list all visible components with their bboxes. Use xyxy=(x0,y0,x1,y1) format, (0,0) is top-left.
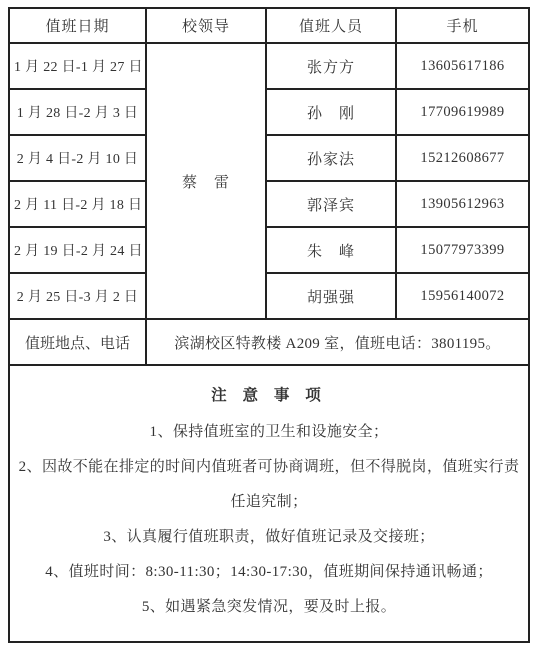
note-item: 5、如遇紧急突发情况，要及时上报。 xyxy=(14,590,524,625)
phone-cell: 13905612963 xyxy=(396,181,529,227)
note-item: 2、因故不能在排定的时间内值班者可协商调班，但不得脱岗，值班实行责任追究制； xyxy=(14,450,524,520)
phone-cell: 15212608677 xyxy=(396,135,529,181)
location-value: 滨湖校区特教楼 A209 室，值班电话：3801195。 xyxy=(146,319,529,365)
phone-cell: 13605617186 xyxy=(396,43,529,89)
person-cell: 郭泽宾 xyxy=(266,181,396,227)
notes-title: 注 意 事 项 xyxy=(14,383,524,405)
location-label: 值班地点、电话 xyxy=(9,319,146,365)
date-cell: 2 月 4 日-2 月 10 日 xyxy=(9,135,146,181)
notes-section: 注 意 事 项 1、保持值班室的卫生和设施安全； 2、因故不能在排定的时间内值班… xyxy=(9,365,529,642)
person-cell: 孙 刚 xyxy=(266,89,396,135)
date-cell: 1 月 28 日-2 月 3 日 xyxy=(9,89,146,135)
table-row: 2 月 4 日-2 月 10 日 孙家法 15212608677 xyxy=(9,135,529,181)
header-duty-person: 值班人员 xyxy=(266,8,396,43)
header-mobile: 手机 xyxy=(396,8,529,43)
table-row: 2 月 11 日-2 月 18 日 郭泽宾 13905612963 xyxy=(9,181,529,227)
date-cell: 2 月 11 日-2 月 18 日 xyxy=(9,181,146,227)
location-row: 值班地点、电话 滨湖校区特教楼 A209 室，值班电话：3801195。 xyxy=(9,319,529,365)
person-cell: 孙家法 xyxy=(266,135,396,181)
date-cell: 2 月 19 日-2 月 24 日 xyxy=(9,227,146,273)
header-row: 值班日期 校领导 值班人员 手机 xyxy=(9,8,529,43)
table-row: 1 月 22 日-1 月 27 日 蔡 雷 张方方 13605617186 xyxy=(9,43,529,89)
duty-schedule-table: 值班日期 校领导 值班人员 手机 1 月 22 日-1 月 27 日 蔡 雷 张… xyxy=(8,7,530,643)
notes-row: 注 意 事 项 1、保持值班室的卫生和设施安全； 2、因故不能在排定的时间内值班… xyxy=(9,365,529,642)
table-row: 1 月 28 日-2 月 3 日 孙 刚 17709619989 xyxy=(9,89,529,135)
leader-cell: 蔡 雷 xyxy=(146,43,266,319)
table-row: 2 月 25 日-3 月 2 日 胡强强 15956140072 xyxy=(9,273,529,319)
table-row: 2 月 19 日-2 月 24 日 朱 峰 15077973399 xyxy=(9,227,529,273)
header-school-leader: 校领导 xyxy=(146,8,266,43)
note-item: 3、认真履行值班职责，做好值班记录及交接班； xyxy=(14,520,524,555)
person-cell: 胡强强 xyxy=(266,273,396,319)
header-duty-date: 值班日期 xyxy=(9,8,146,43)
phone-cell: 15956140072 xyxy=(396,273,529,319)
person-cell: 朱 峰 xyxy=(266,227,396,273)
date-cell: 1 月 22 日-1 月 27 日 xyxy=(9,43,146,89)
note-item: 1、保持值班室的卫生和设施安全； xyxy=(14,415,524,450)
phone-cell: 17709619989 xyxy=(396,89,529,135)
date-cell: 2 月 25 日-3 月 2 日 xyxy=(9,273,146,319)
note-item: 4、值班时间：8:30-11:30；14:30-17:30，值班期间保持通讯畅通… xyxy=(14,555,524,590)
person-cell: 张方方 xyxy=(266,43,396,89)
phone-cell: 15077973399 xyxy=(396,227,529,273)
